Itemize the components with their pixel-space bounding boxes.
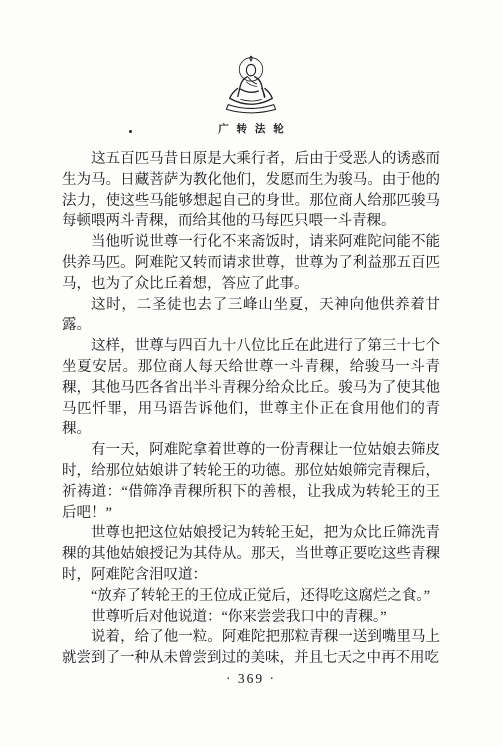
chapter-caption: 广转法轮 xyxy=(0,121,502,136)
book-page: 广转法轮 这五百匹马昔日原是大乘行者，后由于受恶人的诱惑而生为马。日藏菩萨为教化… xyxy=(0,0,502,747)
paragraph: 世尊听后对他说道：“你来尝尝我口中的青稞。” xyxy=(62,607,440,628)
seated-buddha-icon xyxy=(214,54,288,120)
page-body: 这五百匹马昔日原是大乘行者，后由于受恶人的诱惑而生为马。日藏菩萨为教化他们，发愿… xyxy=(62,149,440,669)
paragraph: 当他听说世尊一行化不来斋饭时，请来阿难陀问能不能供养马匹。阿难陀又转而请求世尊，… xyxy=(62,232,440,294)
paragraph: 说着，给了他一粒。阿难陀把那粒青稞一送到嘴里马上就尝到了一种从未曾尝到过的美味，… xyxy=(62,627,440,669)
paragraph: 这五百匹马昔日原是大乘行者，后由于受恶人的诱惑而生为马。日藏菩萨为教化他们，发愿… xyxy=(62,149,440,232)
paragraph: “放弃了转轮王的王位成正觉后，还得吃这腐烂之食。” xyxy=(62,586,440,607)
ink-dot xyxy=(129,130,132,133)
paragraph: 有一天，阿难陀拿着世尊的一份青稞让一位姑娘去筛皮时，给那位姑娘讲了转轮王的功德。… xyxy=(62,440,440,523)
page-number: · 369 · xyxy=(0,671,502,687)
paragraph: 这时，二圣徒也去了三峰山坐夏，天神向他供养着甘露。 xyxy=(62,295,440,337)
paragraph: 世尊也把这位姑娘授记为转轮王妃，把为众比丘筛洗青稞的其他姑娘授记为其侍从。那天，… xyxy=(62,523,440,585)
buddha-illustration xyxy=(0,54,502,125)
paragraph: 这样，世尊与四百九十八位比丘在此进行了第三十七个坐夏安居。那位商人每天给世尊一斗… xyxy=(62,336,440,440)
